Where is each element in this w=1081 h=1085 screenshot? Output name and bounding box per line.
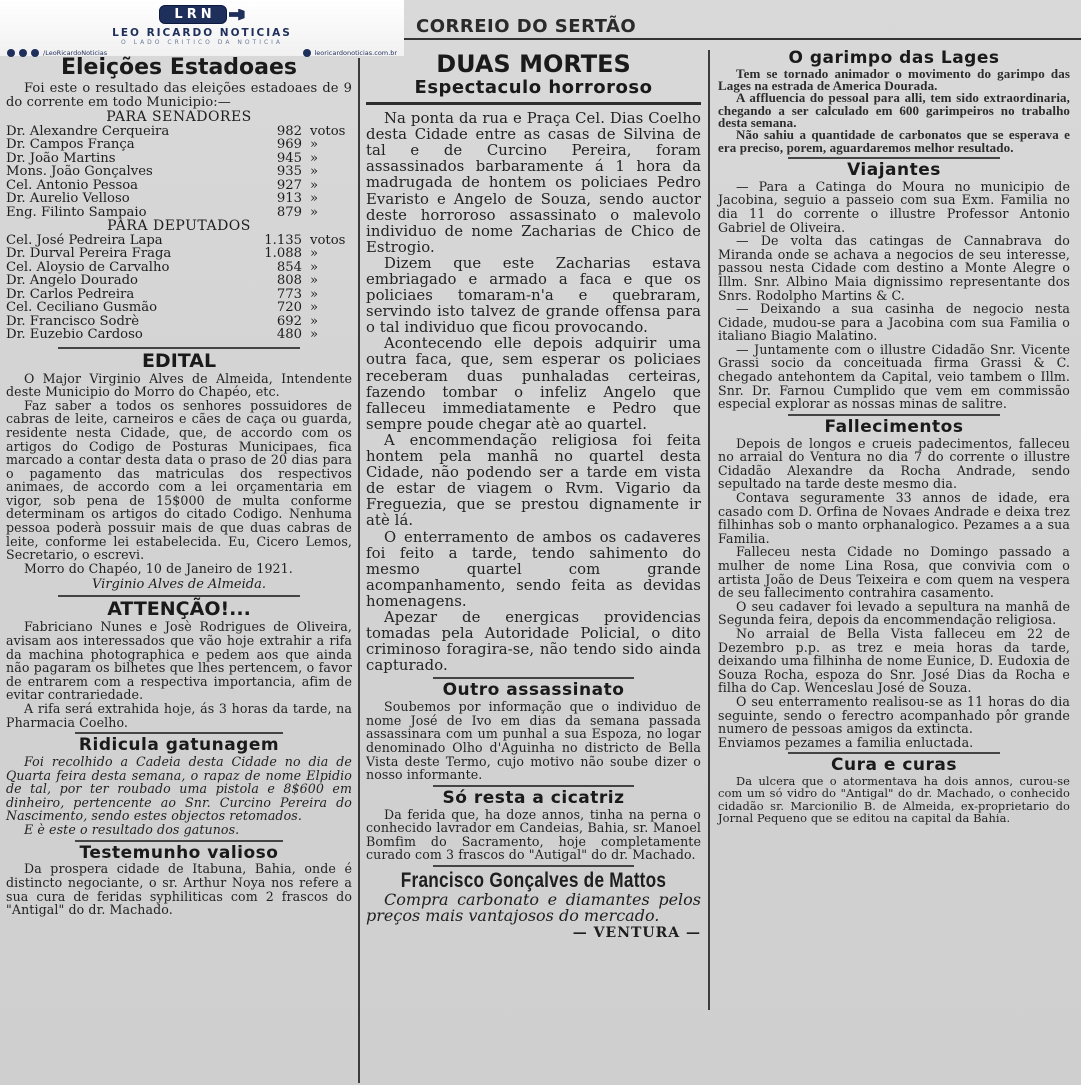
logo: LRN bbox=[159, 5, 244, 24]
article-paragraph: Apezar de energicas providencias tomadas… bbox=[366, 610, 701, 674]
instagram-icon[interactable] bbox=[19, 49, 27, 57]
vote-row: Mons. João Gonçalves935» bbox=[6, 165, 352, 179]
vote-row: Dr. Francisco Sodrè692» bbox=[6, 315, 352, 329]
ad-text: Compra carbonato e diamantes pelos preço… bbox=[366, 892, 701, 925]
divider bbox=[366, 102, 701, 105]
article-title: Outro assassinato bbox=[366, 682, 701, 700]
article-paragraph: Dizem que este Zacharias estava embriaga… bbox=[366, 256, 701, 336]
article-attencao: ATTENÇÃO!... Fabriciano Nunes e Josè Rod… bbox=[6, 600, 352, 729]
divider bbox=[788, 157, 999, 159]
article-title: Fallecimentos bbox=[718, 419, 1070, 437]
article-paragraph: — Para a Catinga do Moura no municipio d… bbox=[718, 180, 1070, 234]
article-paragraph: A rifa será extrahida hoje, ás 3 horas d… bbox=[6, 702, 352, 729]
article-paragraph: O enterramento de ambos os cadaveres foi… bbox=[366, 530, 701, 610]
article-paragraph: Fabriciano Nunes e Josè Rodrigues de Oli… bbox=[6, 620, 352, 702]
facebook-icon[interactable] bbox=[7, 49, 15, 57]
article-paragraph: — Deixando a sua casinha de negocio nest… bbox=[718, 302, 1070, 343]
article-paragraph: O Major Virginio Alves de Almeida, Inten… bbox=[6, 372, 352, 399]
article-garimpo: O garimpo das Lages Tem se tornado anima… bbox=[718, 50, 1070, 154]
logo-text: LRN bbox=[159, 5, 226, 24]
article-eleicoes: Eleições Estadoaes Foi este o resultado … bbox=[6, 56, 352, 342]
divider bbox=[433, 865, 634, 867]
article-cicatriz: Só resta a cicatriz Da ferida que, ha do… bbox=[366, 790, 701, 862]
article-paragraph: — De volta das catingas de Cannabrava do… bbox=[718, 234, 1070, 302]
signature: Virginio Alves de Almeida. bbox=[6, 577, 352, 592]
article-title: Testemunho valioso bbox=[6, 845, 352, 863]
youtube-icon[interactable] bbox=[31, 49, 39, 57]
article-paragraph: E è este o resultado dos gatunos. bbox=[6, 823, 352, 837]
article-paragraph: Enviamos pezames a familia enluctada. bbox=[718, 736, 1070, 750]
website-link[interactable]: leoricardonoticias.com.br bbox=[315, 49, 398, 57]
article-paragraph: No arraial de Bella Vista falleceu em 22… bbox=[718, 627, 1070, 695]
vote-row: Dr. João Martins945» bbox=[6, 152, 352, 166]
article-title: Cura e curas bbox=[718, 757, 1070, 775]
article-paragraph: Contava seguramente 33 annos de idade, e… bbox=[718, 491, 1070, 545]
article-paragraph: O seu enterramento realisou-se as 11 hor… bbox=[718, 695, 1070, 736]
brand-name: LEO RICARDO NOTICIAS bbox=[112, 27, 292, 39]
vote-row: Dr. Alexandre Cerqueira982votos bbox=[6, 125, 352, 139]
vote-row: Dr. Campos França969» bbox=[6, 138, 352, 152]
senadores-list: Dr. Alexandre Cerqueira982votos Dr. Camp… bbox=[6, 125, 352, 220]
article-fallecimentos: Fallecimentos Depois de longos e crueis … bbox=[718, 419, 1070, 750]
social-handle[interactable]: /LeoRicardoNoticias bbox=[43, 49, 107, 57]
article-viajantes: Viajantes — Para a Catinga do Moura no m… bbox=[718, 162, 1070, 411]
article-ridicula: Ridicula gatunagem Foi recolhido a Cadei… bbox=[6, 737, 352, 836]
article-title: Viajantes bbox=[718, 162, 1070, 180]
article-paragraph: A encommendação religiosa foi feita hont… bbox=[366, 433, 701, 530]
article-paragraph: Morro do Chapéo, 10 de Janeiro de 1921. bbox=[6, 562, 352, 576]
vote-row: Cel. Ceciliano Gusmão720» bbox=[6, 301, 352, 315]
vote-row: Dr. Angelo Dourado808» bbox=[6, 274, 352, 288]
globe-icon bbox=[303, 49, 311, 57]
vote-row: Cel. Aloysio de Carvalho854» bbox=[6, 261, 352, 275]
article-paragraph: Faz saber a todos os senhores possuidore… bbox=[6, 399, 352, 562]
divider bbox=[788, 752, 999, 754]
site-banner: LRN LEO RICARDO NOTICIAS O LADO CRITICO … bbox=[0, 0, 404, 56]
newspaper-title: CORREIO DO SERTÃO bbox=[416, 16, 636, 37]
vote-row: Dr. Euzebio Cardoso480» bbox=[6, 328, 352, 342]
masthead: CORREIO DO SERTÃO bbox=[404, 8, 1081, 40]
article-paragraph: Da prospera cidade de Itabuna, Bahia, on… bbox=[6, 862, 352, 916]
article-paragraph: Na ponta da rua e Praça Cel. Dias Coelho… bbox=[366, 111, 701, 256]
article-paragraph: O seu cadaver foi levado a sepultura na … bbox=[718, 600, 1070, 627]
divider bbox=[58, 347, 300, 349]
column-divider bbox=[358, 58, 360, 1083]
divider bbox=[433, 677, 634, 679]
vote-row: Dr. Carlos Pedreira773» bbox=[6, 288, 352, 302]
divider bbox=[433, 785, 634, 787]
article-paragraph: Não sahiu a quantidade de carbonatos que… bbox=[718, 129, 1070, 154]
column-right: O garimpo das Lages Tem se tornado anima… bbox=[718, 50, 1070, 824]
article-paragraph: Acontecendo elle depois adquirir uma out… bbox=[366, 336, 701, 433]
deputados-list: Cel. José Pedreira Lapa1.135votos Dr. Du… bbox=[6, 234, 352, 342]
vote-row: Eng. Filinto Sampaio879» bbox=[6, 206, 352, 220]
column-left: Eleições Estadoaes Foi este o resultado … bbox=[6, 56, 352, 917]
article-paragraph: Foi este o resultado das eleições estado… bbox=[6, 82, 352, 110]
article-outro-assassinato: Outro assassinato Soubemos por informaçã… bbox=[366, 682, 701, 781]
divider bbox=[788, 414, 999, 416]
article-cura: Cura e curas Da ulcera que o atormentava… bbox=[718, 757, 1070, 824]
article-testemunho: Testemunho valioso Da prospera cidade de… bbox=[6, 845, 352, 917]
column-divider bbox=[708, 50, 710, 1010]
vote-row: Cel. José Pedreira Lapa1.135votos bbox=[6, 234, 352, 248]
social-row: /LeoRicardoNoticias leoricardonoticias.c… bbox=[7, 49, 397, 57]
ad-signature: — VENTURA — bbox=[573, 925, 701, 941]
vote-row: Cel. Antonio Pessoa927» bbox=[6, 179, 352, 193]
article-title: EDITAL bbox=[6, 352, 352, 372]
article-title: Eleições Estadoaes bbox=[6, 56, 352, 79]
article-paragraph: Da ulcera que o atormentava ha dois anno… bbox=[718, 775, 1070, 824]
article-title: Só resta a cicatriz bbox=[366, 790, 701, 808]
article-edital: EDITAL O Major Virginio Alves de Almeida… bbox=[6, 352, 352, 593]
article-title: ATTENÇÃO!... bbox=[6, 600, 352, 620]
article-paragraph: Da ferida que, ha doze annos, tinha na p… bbox=[366, 808, 701, 862]
article-title: Ridicula gatunagem bbox=[6, 737, 352, 755]
article-paragraph: Depois de longos e crueis padecimentos, … bbox=[718, 437, 1070, 491]
divider bbox=[75, 840, 283, 842]
vote-row: Dr. Aurelio Velloso913» bbox=[6, 192, 352, 206]
article-paragraph: Tem se tornado animador o movimento do g… bbox=[718, 68, 1070, 93]
article-paragraph: Falleceu nesta Cidade no Domingo passado… bbox=[718, 545, 1070, 599]
column-middle: DUAS MORTES Espectaculo horroroso Na pon… bbox=[366, 52, 701, 941]
vote-row: Dr. Durval Pereira Fraga1.088» bbox=[6, 247, 352, 261]
article-paragraph: A affluencia do pessoal para alli, tem s… bbox=[718, 92, 1070, 129]
article-title: DUAS MORTES bbox=[366, 52, 701, 77]
section-label: PARA DEPUTADOS bbox=[6, 219, 352, 234]
article-paragraph: Foi recolhido a Cadeia desta Cidade no d… bbox=[6, 755, 352, 823]
brand-tagline: O LADO CRITICO DA NOTICIA bbox=[121, 39, 283, 46]
article-paragraph: — Juntamente com o illustre Cidadão Snr.… bbox=[718, 343, 1070, 411]
section-label: PARA SENADORES bbox=[6, 110, 352, 125]
advertiser-name: Francisco Gonçalves de Mattos bbox=[396, 870, 671, 892]
advertisement-mattos: Francisco Gonçalves de Mattos Compra car… bbox=[366, 870, 701, 925]
article-subtitle: Espectaculo horroroso bbox=[366, 79, 701, 98]
newspaper-page: LRN LEO RICARDO NOTICIAS O LADO CRITICO … bbox=[0, 0, 1081, 1085]
divider bbox=[75, 732, 283, 734]
article-duas-mortes: DUAS MORTES Espectaculo horroroso Na pon… bbox=[366, 52, 701, 674]
camera-icon bbox=[229, 9, 245, 21]
article-paragraph: Soubemos por informação que o individuo … bbox=[366, 700, 701, 782]
